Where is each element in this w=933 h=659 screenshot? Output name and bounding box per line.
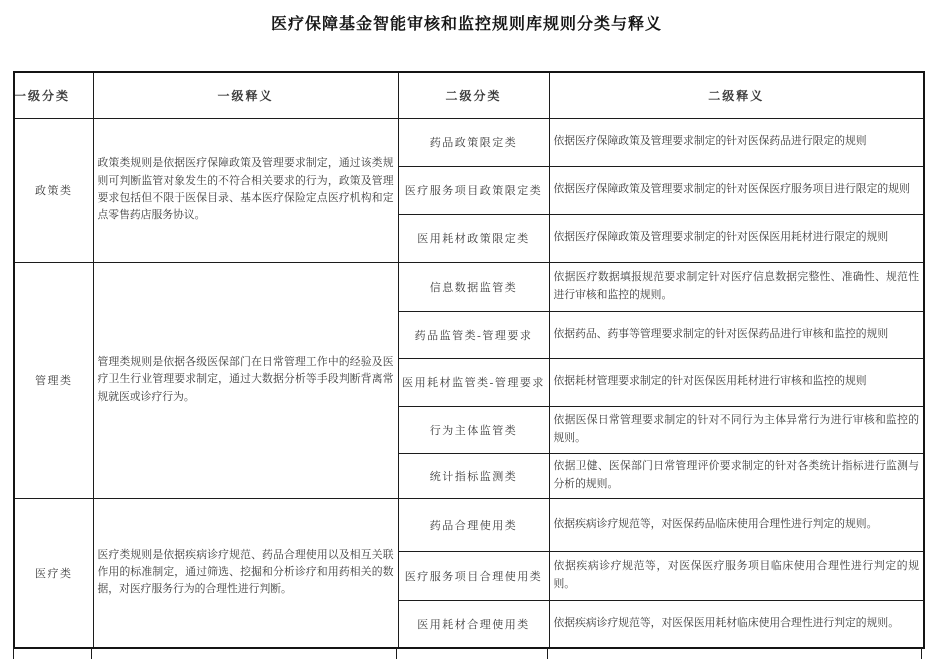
- level2-category-cell: 信息数据监管类: [398, 262, 549, 311]
- level2-definition-cell: 依据耗材管理要求制定的针对医保医用耗材进行审核和监控的规则: [549, 358, 924, 406]
- header-level1-definition: 一级释义: [93, 72, 398, 118]
- level2-category-cell: 药品政策限定类: [398, 118, 549, 166]
- table-continuation-stub: [13, 647, 14, 659]
- level2-category-cell: 药品合理使用类: [398, 498, 549, 551]
- level2-definition-cell: 依据卫健、医保部门日常管理评价要求制定的针对各类统计指标进行监测与分析的规则。: [549, 453, 924, 498]
- level2-definition-cell: 依据疾病诊疗规范等，对医保医用耗材临床使用合理性进行判定的规则。: [549, 600, 924, 648]
- level2-category-cell: 行为主体监管类: [398, 406, 549, 453]
- header-level2-definition: 二级释义: [549, 72, 924, 118]
- level2-definition-cell: 依据疾病诊疗规范等，对医保药品临床使用合理性进行判定的规则。: [549, 498, 924, 551]
- classification-table: 一级分类 一级释义 二级分类 二级释义 政策类 政策类规则是依据医疗保障政策及管…: [13, 71, 925, 649]
- level2-definition-cell: 依据医疗数据填报规范要求制定针对医疗信息数据完整性、准确性、规范性进行审核和监控…: [549, 262, 924, 311]
- table-continuation-stub: [921, 647, 922, 659]
- level2-definition-cell: 依据医疗保障政策及管理要求制定的针对医保医疗服务项目进行限定的规则: [549, 166, 924, 214]
- level1-category-cell: 医疗类: [14, 498, 93, 648]
- table-header-row: 一级分类 一级释义 二级分类 二级释义: [14, 72, 924, 118]
- table-row: 政策类 政策类规则是依据医疗保障政策及管理要求制定，通过该类规则可判断监管对象发…: [14, 118, 924, 166]
- header-level2-category: 二级分类: [398, 72, 549, 118]
- header-level1-category-label: 一级分类: [14, 87, 70, 104]
- level1-category-cell: 政策类: [14, 118, 93, 262]
- level2-category-cell: 医用耗材政策限定类: [398, 214, 549, 262]
- level2-definition-cell: 依据医疗保障政策及管理要求制定的针对医保药品进行限定的规则: [549, 118, 924, 166]
- document-title: 医疗保障基金智能审核和监控规则库规则分类与释义: [0, 11, 933, 34]
- table-continuation-stub: [547, 647, 548, 659]
- level1-definition-cell: 医疗类规则是依据疾病诊疗规范、药品合理使用以及相互关联作用的标准制定，通过筛选、…: [93, 498, 398, 648]
- level1-definition-cell: 管理类规则是依据各级医保部门在日常管理工作中的经验及医疗卫生行业管理要求制定，通…: [93, 262, 398, 498]
- level1-definition-cell: 政策类规则是依据医疗保障政策及管理要求制定，通过该类规则可判断监管对象发生的不符…: [93, 118, 398, 262]
- level2-category-cell: 医用耗材监管类-管理要求: [398, 358, 549, 406]
- level2-category-cell: 医疗服务项目政策限定类: [398, 166, 549, 214]
- header-level1-category: 一级分类: [14, 72, 93, 118]
- level2-definition-cell: 依据疾病诊疗规范等，对医保医疗服务项目临床使用合理性进行判定的规则。: [549, 551, 924, 600]
- level2-category-cell: 医疗服务项目合理使用类: [398, 551, 549, 600]
- level2-category-cell: 药品监管类-管理要求: [398, 311, 549, 358]
- level2-definition-cell: 依据医疗保障政策及管理要求制定的针对医保医用耗材进行限定的规则: [549, 214, 924, 262]
- level2-definition-cell: 依据药品、药事等管理要求制定的针对医保药品进行审核和监控的规则: [549, 311, 924, 358]
- table-continuation-stub: [91, 647, 92, 659]
- table-row: 医疗类 医疗类规则是依据疾病诊疗规范、药品合理使用以及相互关联作用的标准制定，通…: [14, 498, 924, 551]
- level2-definition-cell: 依据医保日常管理要求制定的针对不同行为主体异常行为进行审核和监控的规则。: [549, 406, 924, 453]
- table-continuation-stub: [396, 647, 397, 659]
- level2-category-cell: 统计指标监测类: [398, 453, 549, 498]
- table-row: 管理类 管理类规则是依据各级医保部门在日常管理工作中的经验及医疗卫生行业管理要求…: [14, 262, 924, 311]
- document-page: 医疗保障基金智能审核和监控规则库规则分类与释义 一级分类 一级释义 二级分类 二…: [0, 0, 933, 659]
- level2-category-cell: 医用耗材合理使用类: [398, 600, 549, 648]
- level1-category-cell: 管理类: [14, 262, 93, 498]
